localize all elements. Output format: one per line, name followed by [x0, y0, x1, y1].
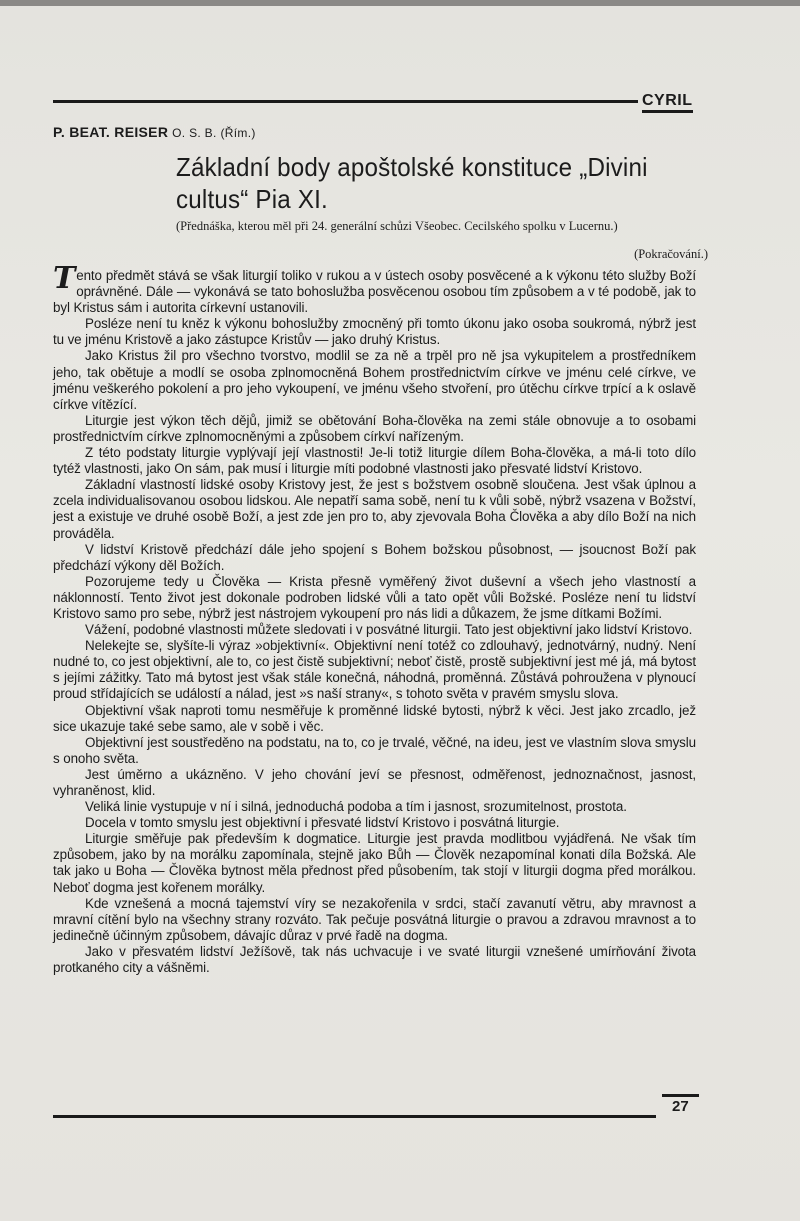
- paragraph: Liturgie jest výkon těch dějů, jimiž se …: [53, 413, 696, 445]
- drop-cap: T: [53, 266, 75, 292]
- paragraph: Tento předmět stává se však liturgií tol…: [53, 268, 696, 316]
- paragraph: Pozorujeme tedy u Člověka — Krista přesn…: [53, 574, 696, 622]
- paragraph: Jest úměrno a ukázněno. V jeho chování j…: [53, 767, 696, 799]
- page-top-edge: [0, 0, 800, 6]
- footer-rule: [53, 1115, 656, 1118]
- author-order: O. S. B.: [172, 126, 216, 140]
- paragraph: Vážení, podobné vlastnosti můžete sledov…: [53, 622, 696, 638]
- article-subtitle: (Přednáška, kterou měl při 24. generální…: [176, 219, 716, 234]
- paragraph: Objektivní jest soustředěno na podstatu,…: [53, 735, 696, 767]
- paragraph: V lidství Kristově předchází dále jeho s…: [53, 542, 696, 574]
- paragraph: Objektivní však naproti tomu nesměřuje k…: [53, 703, 696, 735]
- paragraph: Veliká linie vystupuje v ní i silná, jed…: [53, 799, 696, 815]
- paragraph: Jako v přesvatém lidství Ježíšově, tak n…: [53, 944, 696, 976]
- header-rule: [53, 100, 638, 103]
- continued-note: (Pokračování.): [634, 247, 708, 262]
- author-place: (Řím.): [221, 126, 256, 140]
- paragraph: Nelekejte se, slyšíte-li výraz »objektiv…: [53, 638, 696, 702]
- document-page: CYRIL P. BEAT. REISER O. S. B. (Řím.) Zá…: [0, 0, 800, 1221]
- paragraph: Z této podstaty liturgie vyplývají její …: [53, 445, 696, 477]
- paragraph: Posléze není tu kněz k výkonu bohoslužby…: [53, 316, 696, 348]
- page-number: 27: [672, 1098, 689, 1115]
- author-line: P. BEAT. REISER O. S. B. (Řím.): [53, 124, 256, 140]
- article-body: Tento předmět stává se však liturgií tol…: [53, 268, 696, 976]
- paragraph: Jako Kristus žil pro všechno tvorstvo, m…: [53, 348, 696, 412]
- paragraph: Kde vznešená a mocná tajemství víry se n…: [53, 896, 696, 944]
- paragraph: Základní vlastností lidské osoby Kristov…: [53, 477, 696, 541]
- paragraph: Docela v tomto smyslu jest objektivní i …: [53, 815, 696, 831]
- paragraph: Liturgie směřuje pak především k dogmati…: [53, 831, 696, 895]
- author-name: P. BEAT. REISER: [53, 124, 168, 140]
- article-title: Základní body apoštolské konstituce „Div…: [176, 151, 706, 215]
- running-head: CYRIL: [642, 92, 693, 113]
- page-number-rule: [662, 1094, 699, 1097]
